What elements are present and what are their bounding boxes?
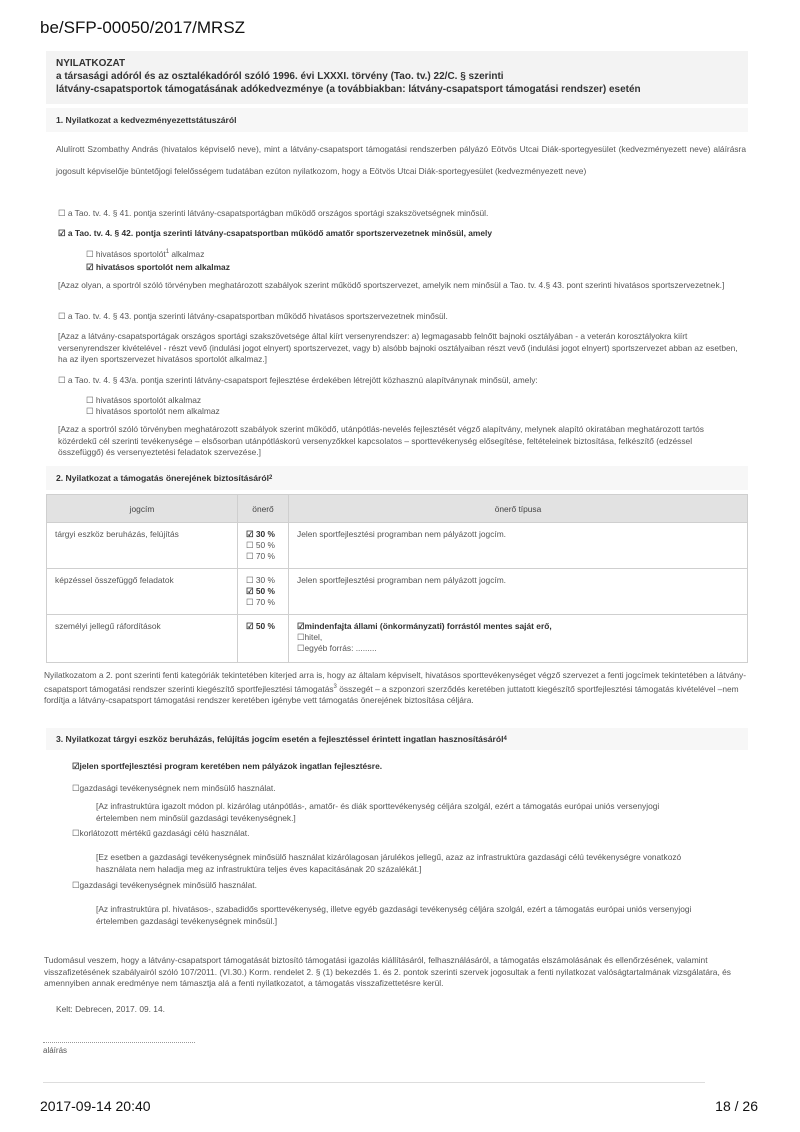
- own-contribution-table: jogcím önerő önerő típusa tárgyi eszköz …: [46, 494, 748, 663]
- option-label: hivatásos sportolót: [96, 249, 166, 259]
- checkbox-checked-icon[interactable]: ☑: [297, 621, 305, 631]
- onero-label: 70 %: [256, 551, 275, 561]
- checkbox-unchecked-icon[interactable]: ☐: [86, 406, 94, 416]
- cell-onero-tipusa: Jelen sportfejlesztési programban nem pá…: [289, 569, 748, 615]
- column-header-onero: önerő: [238, 495, 289, 523]
- option-label: hivatásos sportolót alkalmaz: [96, 395, 201, 405]
- checkbox-checked-icon[interactable]: ☑: [246, 621, 254, 631]
- note-42: [Azaz olyan, a sportról szóló törvényben…: [58, 280, 738, 292]
- option-43a[interactable]: ☐ a Tao. tv. 4. § 43/a. pontja szerinti …: [58, 375, 538, 385]
- onero-option[interactable]: ☑ 30 %: [246, 529, 280, 540]
- tipus-label: hitel,: [305, 632, 323, 642]
- cell-jogcim: személyi jellegű ráfordítások: [47, 615, 238, 663]
- header-title: NYILATKOZAT: [56, 57, 738, 70]
- cell-onero-tipusa: ☑mindenfajta állami (önkormányzati) forr…: [289, 615, 748, 663]
- checkbox-unchecked-icon[interactable]: ☐: [246, 575, 254, 585]
- footer-timestamp: 2017-09-14 20:40: [40, 1098, 151, 1114]
- onero-label: 70 %: [256, 597, 275, 607]
- usage-option-note: [Az infrastruktúra pl. hivatásos-, szaba…: [96, 904, 696, 927]
- checkbox-unchecked-icon[interactable]: ☐: [297, 643, 305, 653]
- section-2-title: 2. Nyilatkozat a támogatás önerejének bi…: [46, 466, 748, 490]
- tipus-label: Jelen sportfejlesztési programban nem pá…: [297, 575, 506, 585]
- onero-option[interactable]: ☑ 50 %: [246, 586, 280, 597]
- table-row: képzéssel összefüggő feladatok☐ 30 %☑ 50…: [47, 569, 748, 615]
- option-42-sub-1[interactable]: ☐ hivatásos sportolót1 alkalmaz: [86, 249, 204, 259]
- document-id: be/SFP-00050/2017/MRSZ: [40, 18, 245, 38]
- onero-option[interactable]: ☐ 70 %: [246, 551, 280, 562]
- declaration-header: NYILATKOZAT a társasági adóról és az osz…: [46, 51, 748, 104]
- tipus-label: mindenfajta állami (önkormányzati) forrá…: [305, 621, 552, 631]
- checkbox-checked-icon[interactable]: ☑: [58, 228, 66, 238]
- onero-label: 50 %: [256, 621, 275, 631]
- option-43[interactable]: ☐ a Tao. tv. 4. § 43. pontja szerinti lá…: [58, 311, 448, 321]
- tipus-label: egyéb forrás: .........: [305, 643, 377, 653]
- usage-option-label: jelen sportfejlesztési program keretében…: [80, 761, 383, 771]
- cell-jogcim: képzéssel összefüggő feladatok: [47, 569, 238, 615]
- checkbox-checked-icon[interactable]: ☑: [72, 761, 80, 771]
- section-3-title: 3. Nyilatkozat tárgyi eszköz beruházás, …: [46, 728, 748, 750]
- section-1-title: 1. Nyilatkozat a kedvezményezettstátuszá…: [46, 108, 748, 132]
- tipus-option[interactable]: ☐egyéb forrás: .........: [297, 643, 739, 654]
- checkbox-unchecked-icon[interactable]: ☐: [246, 551, 254, 561]
- section-3-title-text: 3. Nyilatkozat tárgyi eszköz beruházás, …: [56, 734, 504, 744]
- table-row: tárgyi eszköz beruházás, felújítás☑ 30 %…: [47, 523, 748, 569]
- onero-label: 30 %: [256, 575, 275, 585]
- column-header-jogcim: jogcím: [47, 495, 238, 523]
- footnote-ref: 2: [269, 475, 272, 481]
- option-43-label: a Tao. tv. 4. § 43. pontja szerinti látv…: [68, 311, 448, 321]
- checkbox-checked-icon[interactable]: ☑: [86, 262, 94, 272]
- option-label: hivatásos sportolót nem alkalmaz: [96, 262, 230, 272]
- checkbox-unchecked-icon[interactable]: ☐: [86, 395, 94, 405]
- option-label: hivatásos sportolót nem alkalmaz: [96, 406, 220, 416]
- option-43a-label: a Tao. tv. 4. § 43/a. pontja szerinti lá…: [68, 375, 538, 385]
- option-43a-sub-2[interactable]: ☐ hivatásos sportolót nem alkalmaz: [86, 406, 220, 416]
- footer-divider: [43, 1082, 705, 1083]
- option-label-suffix: alkalmaz: [169, 249, 204, 259]
- onero-option[interactable]: ☐ 70 %: [246, 597, 280, 608]
- onero-label: 50 %: [256, 540, 275, 550]
- option-42-label: a Tao. tv. 4. § 42. pontja szerinti látv…: [68, 228, 492, 238]
- checkbox-unchecked-icon[interactable]: ☐: [58, 375, 66, 385]
- cell-onero-tipusa: Jelen sportfejlesztési programban nem pá…: [289, 523, 748, 569]
- usage-option-label: gazdasági tevékenységnek minősülő haszná…: [80, 880, 257, 890]
- option-43a-sub-1[interactable]: ☐ hivatásos sportolót alkalmaz: [86, 395, 201, 405]
- checkbox-checked-icon[interactable]: ☑: [246, 529, 254, 539]
- checkbox-unchecked-icon[interactable]: ☐: [297, 632, 305, 642]
- option-41-label: a Tao. tv. 4. § 41. pontja szerinti látv…: [68, 208, 489, 218]
- onero-option[interactable]: ☐ 50 %: [246, 540, 280, 551]
- usage-option[interactable]: ☐gazdasági tevékenységnek minősülő haszn…: [72, 880, 257, 890]
- tipus-text: Jelen sportfejlesztési programban nem pá…: [297, 529, 739, 540]
- option-42-sub-2[interactable]: ☑ hivatásos sportolót nem alkalmaz: [86, 262, 230, 272]
- note-43a: [Azaz a sportról szóló törvényben meghat…: [58, 424, 738, 459]
- checkbox-unchecked-icon[interactable]: ☐: [72, 828, 80, 838]
- usage-option-note: [Az infrastruktúra igazolt módon pl. kiz…: [96, 801, 696, 824]
- usage-option[interactable]: ☐korlátozott mértékű gazdasági célú hasz…: [72, 828, 249, 838]
- column-header-onero-tipusa: önerő típusa: [289, 495, 748, 523]
- footer-page-number: 18 / 26: [715, 1098, 758, 1114]
- tipus-option[interactable]: ☑mindenfajta állami (önkormányzati) forr…: [297, 621, 739, 632]
- checkbox-unchecked-icon[interactable]: ☐: [86, 249, 94, 259]
- footnote-ref: 4: [504, 736, 507, 742]
- statement-paragraph: Nyilatkozatom a 2. pont szerinti fenti k…: [44, 670, 754, 706]
- option-41[interactable]: ☐ a Tao. tv. 4. § 41. pontja szerinti lá…: [58, 208, 488, 218]
- onero-label: 30 %: [256, 529, 275, 539]
- checkbox-unchecked-icon[interactable]: ☐: [72, 783, 80, 793]
- signature-label: aláírás: [43, 1045, 67, 1057]
- note-43: [Azaz a látvány-csapatsportágak országos…: [58, 331, 738, 366]
- cell-onero: ☑ 30 %☐ 50 %☐ 70 %: [238, 523, 289, 569]
- checkbox-checked-icon[interactable]: ☑: [246, 586, 254, 596]
- checkbox-unchecked-icon[interactable]: ☐: [58, 208, 66, 218]
- closing-paragraph: Tudomásul veszem, hogy a látvány-csapats…: [44, 955, 754, 990]
- table-row: személyi jellegű ráfordítások☑ 50 %☑mind…: [47, 615, 748, 663]
- tipus-option[interactable]: ☐hitel,: [297, 632, 739, 643]
- usage-option-label: korlátozott mértékű gazdasági célú haszn…: [80, 828, 250, 838]
- cell-onero: ☐ 30 %☑ 50 %☐ 70 %: [238, 569, 289, 615]
- tipus-label: Jelen sportfejlesztési programban nem pá…: [297, 529, 506, 539]
- date-place: Kelt: Debrecen, 2017. 09. 14.: [56, 1004, 165, 1016]
- tipus-text: Jelen sportfejlesztési programban nem pá…: [297, 575, 739, 586]
- onero-label: 50 %: [256, 586, 275, 596]
- section-1-title-text: 1. Nyilatkozat a kedvezményezettstátuszá…: [56, 115, 237, 125]
- header-line-1: a társasági adóról és az osztalékadóról …: [56, 70, 738, 83]
- checkbox-unchecked-icon[interactable]: ☐: [72, 880, 80, 890]
- section-2-title-text: 2. Nyilatkozat a támogatás önerejének bi…: [56, 473, 269, 483]
- usage-option[interactable]: ☑jelen sportfejlesztési program keretébe…: [72, 761, 382, 771]
- cell-onero: ☑ 50 %: [238, 615, 289, 663]
- checkbox-unchecked-icon[interactable]: ☐: [58, 311, 66, 321]
- signature-line: [43, 1042, 195, 1043]
- header-line-2: látvány-csapatsportok támogatásának adók…: [56, 83, 738, 96]
- checkbox-unchecked-icon[interactable]: ☐: [246, 597, 254, 607]
- intro-paragraph: Alulírott Szombathy András (hivatalos ké…: [56, 138, 746, 182]
- cell-jogcim: tárgyi eszköz beruházás, felújítás: [47, 523, 238, 569]
- onero-option[interactable]: ☐ 30 %: [246, 575, 280, 586]
- usage-option-label: gazdasági tevékenységnek nem minősülő ha…: [80, 783, 276, 793]
- option-42[interactable]: ☑ a Tao. tv. 4. § 42. pontja szerinti lá…: [58, 228, 492, 238]
- checkbox-unchecked-icon[interactable]: ☐: [246, 540, 254, 550]
- onero-option[interactable]: ☑ 50 %: [246, 621, 280, 632]
- usage-option[interactable]: ☐gazdasági tevékenységnek nem minősülő h…: [72, 783, 276, 793]
- usage-option-note: [Ez esetben a gazdasági tevékenységnek m…: [96, 852, 696, 875]
